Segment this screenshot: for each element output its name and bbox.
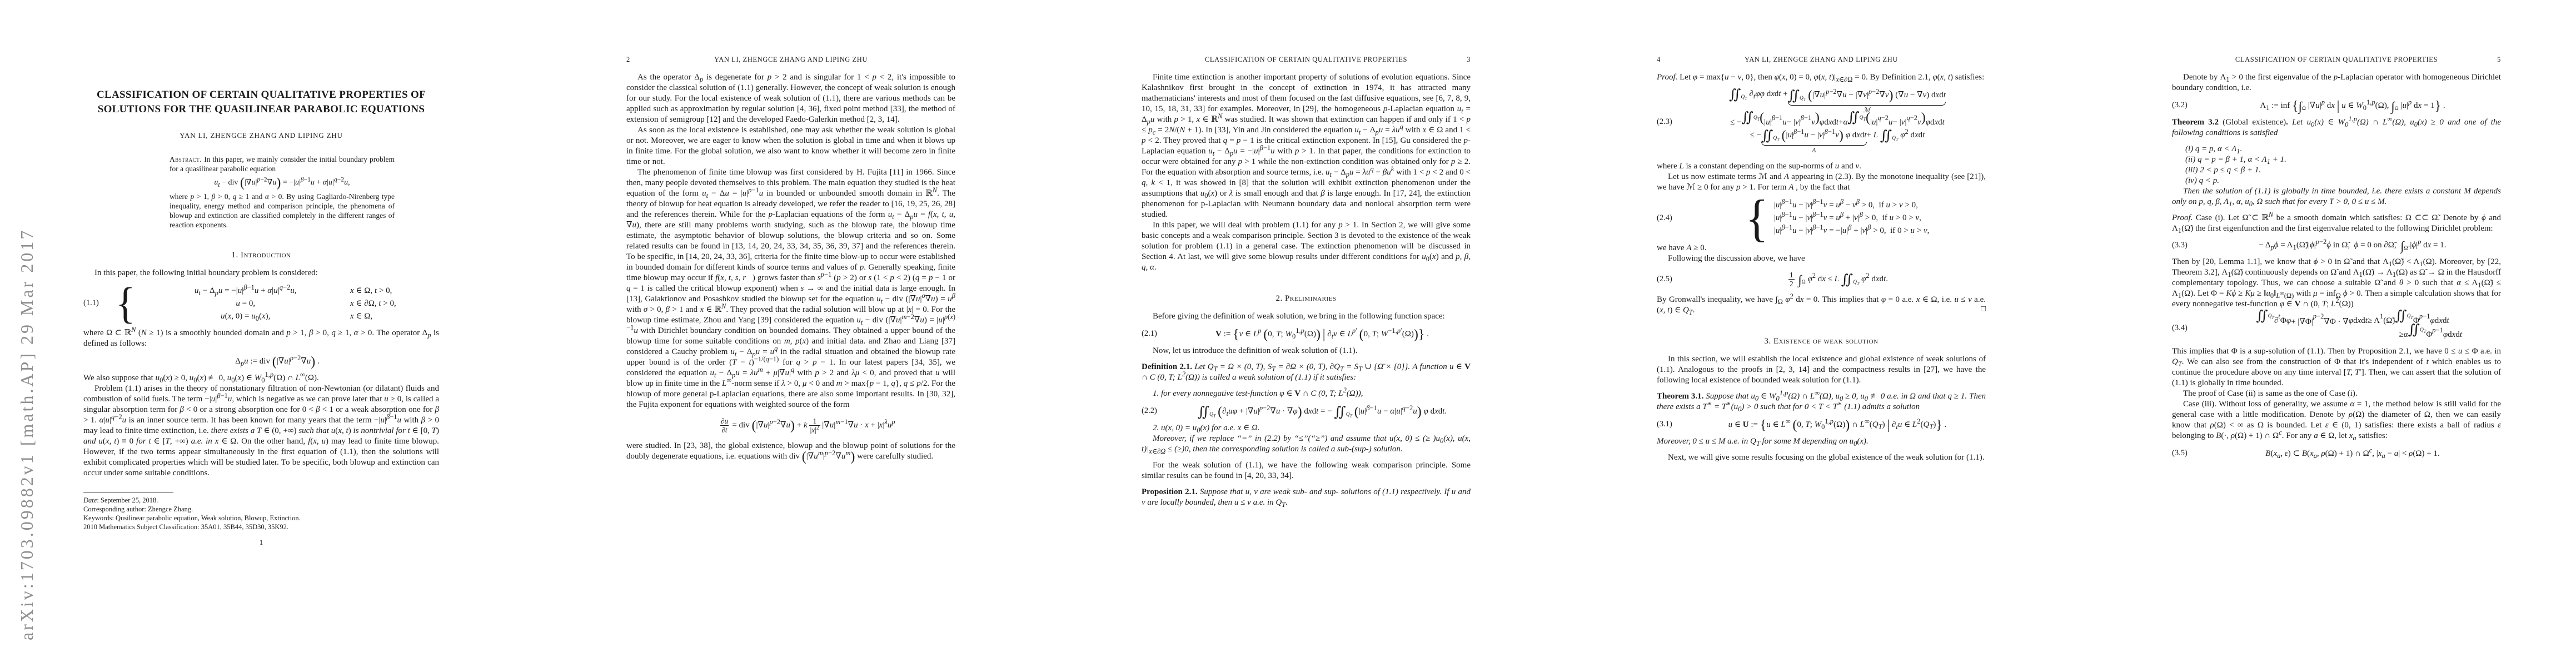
page-2: 2 YAN LI, ZHENGCE ZHANG AND LIPING ZHU A…	[515, 0, 1030, 667]
paragraph: As soon as the local existence is establ…	[626, 125, 955, 167]
condition-item: (i) q = p, α < Λ1.	[2172, 144, 2501, 155]
document-canvas: arXiv:1703.09882v1 [math.AP] 29 Mar 2017…	[0, 0, 2576, 667]
equation-label: (1.1)	[83, 298, 116, 308]
abstract-heading: Abstract.	[170, 155, 202, 163]
equation-label: (3.2)	[2172, 101, 2204, 110]
case-row: |u|β−1u − |v|β−1v = uβ − vβ > 0, if u > …	[1774, 200, 1930, 211]
section-heading-preliminaries: 2. Preliminaries	[1142, 294, 1471, 303]
equation-label: (2.3)	[1657, 117, 1689, 127]
paragraph: where Ω ⊂ ℝN (N ≥ 1) is a smoothly bound…	[83, 328, 439, 349]
equation-line: ≥ α ∬QT Φp−1φ dxdt	[2399, 330, 2501, 340]
display-equation-2-4: (2.4) { |u|β−1u − |v|β−1v = uβ − vβ > 0,…	[1657, 200, 1986, 236]
paragraph: Case (iii). Without loss of generality, …	[2172, 399, 2501, 441]
equation-body: ∂u∂t = div (|∇u|p−2∇u) + k1|x|2|∇u|m−1∇u…	[659, 417, 955, 434]
condition-item: (iii) 2 < p ≤ q < β + 1.	[2172, 165, 2501, 176]
paragraph: Now, let us introduce the definition of …	[1142, 346, 1471, 356]
display-equation-1-1: (1.1) { ut − Δpu = −|u|β−1u + α|u|q−2u,x…	[83, 285, 439, 321]
proposition-2-1: Proposition 2.1. Suppose that u, v are w…	[1142, 487, 1471, 508]
page-4: 4 YAN LI, ZHENGCE ZHANG AND LIPING ZHU P…	[1546, 0, 2061, 667]
equation-label: (2.2)	[1142, 406, 1174, 416]
running-head: CLASSIFICATION OF CERTAIN QUALITATIVE PR…	[2172, 56, 2501, 64]
equation-label: (3.1)	[1657, 420, 1689, 429]
display-equation: Δpu := div (|∇u|p−2∇u) .	[83, 356, 439, 366]
case-row: u(x, 0) = u0(x),x ∈ Ω,	[141, 311, 439, 321]
case-row: ut − Δpu = −|u|β−1u + α|u|q−2u,x ∈ Ω, t …	[141, 285, 439, 296]
underbrace-label: A	[1812, 146, 1816, 155]
proof-paragraph: Proof. Let φ = max{u − v, 0}, then φ(x, …	[1657, 72, 1986, 83]
arxiv-watermark: arXiv:1703.09882v1 [math.AP] 29 Mar 2017	[17, 228, 37, 640]
page-5: CLASSIFICATION OF CERTAIN QUALITATIVE PR…	[2061, 0, 2576, 667]
section-heading-existence: 3. Existence of weak solution	[1657, 337, 1986, 346]
paragraph: where L is a constant depending on the s…	[1657, 161, 1986, 172]
display-equation-3-4: (3.4) ∬QT ∂tΦφ + |∇Φ|p−2∇Φ · ∇φ dxdt ≥ Λ…	[2172, 316, 2501, 340]
abstract-text: In this paper, we mainly consider the in…	[170, 155, 395, 173]
case-row: |u|β−1u − |v|β−1v = uβ + |v|β > 0, if u …	[1774, 213, 1930, 223]
abstract-equation: ut − div (|∇u|p−2∇u) = −|u|β−1u + α|u|q−…	[170, 178, 395, 187]
cases-brace: {	[116, 286, 136, 321]
running-head: 2 YAN LI, ZHENGCE ZHANG AND LIPING ZHU	[626, 56, 955, 64]
theorem-3-2: Theorem 3.2 (Global existence). Let u0(x…	[2172, 117, 2501, 138]
footnote-rule	[83, 492, 173, 492]
paragraph: Let us now estimate terms ℳ and A appear…	[1657, 172, 1986, 193]
equation-label: (2.5)	[1657, 275, 1689, 284]
paper-title: CLASSIFICATION OF CERTAIN QUALITATIVE PR…	[83, 88, 439, 117]
display-equation-weighted-source: ∂u∂t = div (|∇u|p−2∇u) + k1|x|2|∇u|m−1∇u…	[626, 417, 955, 434]
display-equation-2-2: (2.2) ∬QT (∂tuφ + |∇u|p−2∇u · ∇φ) dxdt =…	[1142, 406, 1471, 416]
underbrace	[1788, 102, 1946, 106]
equation-body: { |u|β−1u − |v|β−1v = uβ − vβ > 0, if u …	[1689, 200, 1986, 236]
equation-label: (3.4)	[2172, 323, 2204, 333]
theorem-3-1: Theorem 3.1. Suppose that u0 ∈ W01,p(Ω) …	[1657, 391, 1986, 412]
running-head-title: YAN LI, ZHENGCE ZHANG AND LIPING ZHU	[1745, 56, 1898, 63]
paragraph: In this section, we will establish the l…	[1657, 354, 1986, 386]
footnote-line: Corresponding author: Zhengce Zhang.	[83, 505, 439, 514]
definition-2-1: Definition 2.1. Let QT = Ω × (0, T), ST …	[1142, 362, 1471, 383]
abstract: Abstract. In this paper, we mainly consi…	[170, 155, 395, 230]
equation-label: (3.5)	[2172, 449, 2204, 458]
running-head-title: CLASSIFICATION OF CERTAIN QUALITATIVE PR…	[2235, 56, 2438, 63]
paragraph: We also suppose that u0(x) ≥ 0, u0(x) ≢ …	[83, 373, 439, 384]
definition-item: 2. u(x, 0) = u0(x) for a.e. x ∈ Ω.	[1142, 423, 1471, 434]
cases-brace: {	[1746, 198, 1768, 237]
page-number: 1	[83, 538, 439, 547]
paragraph: we have A ≥ 0.	[1657, 243, 1986, 253]
paragraph: Before giving the definition of weak sol…	[1142, 311, 1471, 322]
page-1: arXiv:1703.09882v1 [math.AP] 29 Mar 2017…	[0, 0, 515, 667]
paragraph: This implies that Φ is a sup-solution of…	[2172, 346, 2501, 389]
equation-body: Δpu := div (|∇u|p−2∇u) .	[116, 356, 439, 366]
equation-body: ∬QT ∂tΦφ + |∇Φ|p−2∇Φ · ∇φ dxdt ≥ Λ1(Ω̃) …	[2204, 316, 2501, 340]
qed-box: □	[1981, 304, 1986, 315]
equation-body: V := {v ∈ Lp (0, T; W01,p(Ω)) | ∂tv ∈ Lp…	[1174, 328, 1471, 339]
display-equation-2-3: (2.3) ∬QT ∂tφφ dxdt + ∬QT (|∇u|p−2∇u − |…	[1657, 89, 1986, 155]
equation-body: u ∈ U := {u ∈ L∞ (0, T; W01,p(Ω)) ∩ L∞(Q…	[1689, 419, 1986, 430]
underbrace	[1761, 142, 1866, 146]
equation-body: 12 ∫Ω φ2 dx ≤ L ∬QT φ2 dxdt.	[1689, 271, 1986, 288]
underbrace-group: ∬QT (|u|β−1u − |v|β−1v) φ dxdt A	[1761, 131, 1866, 155]
paragraph: Next, we will give some results focusing…	[1657, 452, 1986, 463]
equation-label: (2.1)	[1142, 329, 1174, 339]
display-equation-3-5: (3.5) B(xa, ε) ⊂ B(xa, ρ(Ω) + 1) ∩ Ωc, |…	[2172, 448, 2501, 459]
page-number: 4	[1657, 56, 1661, 64]
paragraph: As the operator Δp is degenerate for p >…	[626, 72, 955, 125]
equation-label: (2.4)	[1657, 213, 1689, 223]
case-row: |u|β−1u − |v|β−1v = −|u|β + |v|β > 0, if…	[1774, 226, 1930, 236]
equation-body: ∬QT (∂tuφ + |∇u|p−2∇u · ∇φ) dxdt = − ∬QT…	[1174, 406, 1471, 416]
equation-body: { ut − Δpu = −|u|β−1u + α|u|q−2u,x ∈ Ω, …	[116, 285, 439, 321]
case-row: u = 0,x ∈ ∂Ω, t > 0,	[141, 298, 439, 308]
paragraph: In this paper, we will deal with problem…	[1142, 220, 1471, 273]
paragraph: Finite time extinction is another import…	[1142, 72, 1471, 220]
equation-line: ≤ − ∬QT (|u|β−1u − |v|β−1v) φ dxdt A + L…	[1750, 131, 1925, 155]
paragraph: For the weak solution of (1.1), we have …	[1142, 460, 1471, 481]
display-equation-3-1: (3.1) u ∈ U := {u ∈ L∞ (0, T; W01,p(Ω)) …	[1657, 419, 1986, 430]
abstract-text: where p > 1, β > 0, q ≥ 1 and α > 0. By …	[170, 192, 395, 230]
running-head-title: YAN LI, ZHENGCE ZHANG AND LIPING ZHU	[714, 56, 868, 63]
equation-line: ∬QT ∂tΦφ + |∇Φ|p−2∇Φ · ∇φ dxdt ≥ Λ1(Ω̃) …	[2256, 316, 2449, 327]
footnote-line: Keywords: Qusilinear parabolic equation,…	[83, 514, 439, 522]
equation-line: ≤ − ∬QT (|u|β−1u − |v|β−1v) φ dxdt + α ∬…	[1730, 118, 1945, 127]
equation-label: (3.3)	[2172, 241, 2204, 250]
display-equation-3-2: (3.2) Λ1 := inf {∫Ω |∇u|p dx | u ∈ W01,p…	[2172, 100, 2501, 111]
paragraph: The phenomenon of finite time blowup was…	[626, 167, 955, 410]
proof-paragraph: Proof. Case (i). Let Ω̃ ⊂ ℝN be a smooth…	[2172, 213, 2501, 234]
page-3: CLASSIFICATION OF CERTAIN QUALITATIVE PR…	[1030, 0, 1546, 667]
theorem-continuation: Then the solution of (1.1) is globally i…	[2172, 186, 2501, 207]
page-number: 2	[626, 56, 630, 64]
paper-authors: YAN LI, ZHENGCE ZHANG AND LIPING ZHU	[83, 131, 439, 140]
section-heading-introduction: 1. Introduction	[83, 251, 439, 260]
theorem-continuation: Moreover, 0 ≤ u ≤ M a.e. in QT for some …	[1657, 436, 1986, 447]
page-number: 3	[1467, 56, 1471, 64]
paragraph: Denote by Λ1 > 0 the first eigenvalue of…	[2172, 72, 2501, 93]
paragraph: Problem (1.1) arises in the theory of no…	[83, 384, 439, 479]
page-number: 5	[2497, 56, 2501, 64]
condition-item: (ii) q = p = β + 1, α < Λ1 + 1.	[2172, 155, 2501, 165]
equation-body: ∬QT ∂tφφ dxdt + ∬QT (|∇u|p−2∇u − |∇v|p−2…	[1689, 89, 1986, 155]
equation-body: B(xa, ε) ⊂ B(xa, ρ(Ω) + 1) ∩ Ωc, |xa − a…	[2204, 448, 2501, 459]
running-head: 4 YAN LI, ZHENGCE ZHANG AND LIPING ZHU	[1657, 56, 1986, 64]
display-equation-3-3: (3.3) − Δpϕ = Λ1(Ω̃)|ϕ|p−2ϕ in Ω̃, ϕ = 0…	[2172, 241, 2501, 250]
paragraph: By Gronwall's inequality, we have ∫Ω φ2 …	[1657, 295, 1986, 316]
display-equation-2-1: (2.1) V := {v ∈ Lp (0, T; W01,p(Ω)) | ∂t…	[1142, 328, 1471, 339]
footnotes: Date: September 25, 2018. Corresponding …	[83, 492, 439, 531]
display-equation-2-5: (2.5) 12 ∫Ω φ2 dx ≤ L ∬QT φ2 dxdt.	[1657, 271, 1986, 288]
equation-body: Λ1 := inf {∫Ω |∇u|p dx | u ∈ W01,p(Ω), ∫…	[2204, 100, 2501, 111]
paragraph: were studied. In [23, 38], the global ex…	[626, 441, 955, 462]
condition-item: (iv) q < p.	[2172, 176, 2501, 186]
running-head-title: CLASSIFICATION OF CERTAIN QUALITATIVE PR…	[1205, 56, 1407, 63]
paragraph: In this paper, the following initial bou…	[83, 268, 439, 278]
paragraph: Then by [20, Lemma 1.1], we know that ϕ …	[2172, 257, 2501, 310]
paragraph: Moreover, if we replace “=” in (2.2) by …	[1142, 434, 1471, 455]
running-head: CLASSIFICATION OF CERTAIN QUALITATIVE PR…	[1142, 56, 1471, 64]
paragraph: The proof of Case (ii) is same as the on…	[2172, 389, 2501, 399]
footnote-line: Date: September 25, 2018.	[83, 496, 439, 505]
equation-body: − Δpϕ = Λ1(Ω̃)|ϕ|p−2ϕ in Ω̃, ϕ = 0 on ∂Ω…	[2204, 241, 2501, 250]
definition-item: 1. for every nonnegative test-function φ…	[1142, 389, 1471, 399]
paragraph: Following the discussion above, we have	[1657, 253, 1986, 264]
footnote-line: 2010 Mathematics Subject Classification:…	[83, 522, 439, 531]
